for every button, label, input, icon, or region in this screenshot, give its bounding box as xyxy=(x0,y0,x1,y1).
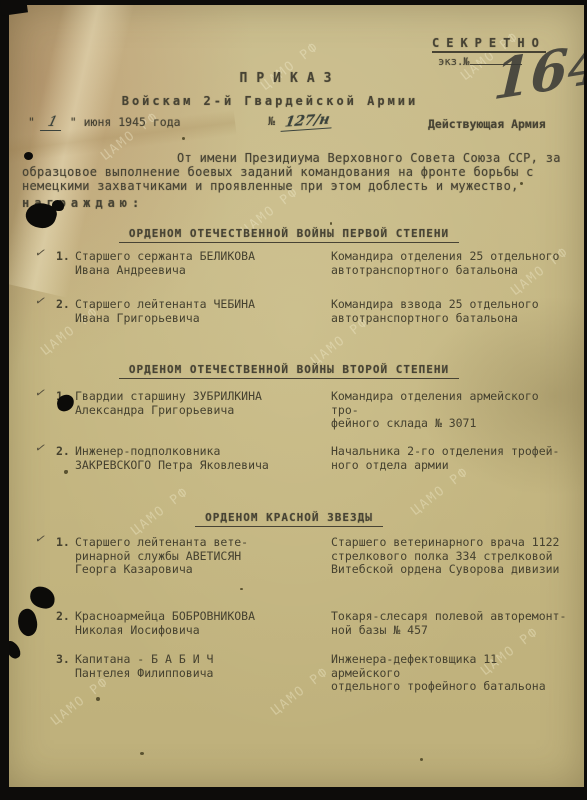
award-item: 2.Красноармейца БОБРОВНИКОВА Николая Иос… xyxy=(56,610,571,637)
section-heading: ОРДЕНОМ КРАСНОЙ ЗВЕЗДЫ xyxy=(0,506,578,525)
handwritten-order-number: 127/н xyxy=(280,111,333,132)
award-item: ✓ 2.Старшего лейтенанта ЧЕБИНА Ивана Гри… xyxy=(56,298,571,325)
copy-number-label: экз.№ xyxy=(438,56,470,68)
award-item: ✓ 1.Старшего лейтенанта вете- ринарной с… xyxy=(56,536,571,577)
date-text: июня 1945 года xyxy=(84,115,181,129)
item-number: 2. xyxy=(56,610,75,624)
awardee-position: Токаря-слесаря полевой авторемонт- ной б… xyxy=(331,610,573,637)
paper-speck xyxy=(240,588,243,590)
paper-hole xyxy=(24,152,33,160)
handwritten-day: 1 xyxy=(40,114,65,131)
scan-edge-left xyxy=(0,0,9,800)
awardee-name: Красноармейца БОБРОВНИКОВА Николая Иосиф… xyxy=(75,610,325,637)
scanned-order-page: ЦАМО РФ ЦАМО РФ ЦАМО РФ ЦАМО РФ ЦАМО РФ … xyxy=(0,0,587,800)
preamble-line: образцовое выполнение боевых заданий ком… xyxy=(22,165,534,180)
award-item: ✓ 2.Инженер-подполковника ЗАКРЕВСКОГО Пе… xyxy=(56,445,571,472)
paper-speck xyxy=(420,758,423,761)
preamble-line: немецкими захватчиками и проявленные при… xyxy=(22,179,519,194)
award-item: ✓ 1.Старшего сержанта БЕЛИКОВА Ивана Анд… xyxy=(56,250,571,277)
awardee-name: Гвардии старшину ЗУБРИЛКИНА Александра Г… xyxy=(75,390,325,417)
awardee-name: Старшего лейтенанта ЧЕБИНА Ивана Григорь… xyxy=(75,298,325,325)
paper-speck xyxy=(330,222,332,225)
award-item: ✓ 1.Гвардии старшину ЗУБРИЛКИНА Александ… xyxy=(56,390,571,417)
paper-speck xyxy=(182,137,185,140)
page-title: ПРИКАЗ xyxy=(150,71,430,86)
awardee-name: Старшего сержанта БЕЛИКОВА Ивана Андреев… xyxy=(75,250,325,277)
item-number: 1. xyxy=(56,536,75,550)
archive-watermark: ЦАМО РФ xyxy=(49,674,112,728)
preamble-line: От имени Президиума Верховного Совета Со… xyxy=(22,151,561,166)
item-number: 2. xyxy=(56,445,75,459)
awardee-position: Командира взвода 25 отдельного автотранс… xyxy=(331,298,573,325)
date-open-quote: " xyxy=(28,115,35,129)
awardee-name: Капитана - Б А Б И Ч Пантелея Филиппович… xyxy=(75,653,325,680)
section-heading-text: ОРДЕНОМ ОТЕЧЕСТВЕННОЙ ВОЙНЫ ПЕРВОЙ СТЕПЕ… xyxy=(119,227,459,243)
section-heading-text: ОРДЕНОМ ОТЕЧЕСТВЕННОЙ ВОЙНЫ ВТОРОЙ СТЕПЕ… xyxy=(119,363,459,379)
paper-speck xyxy=(96,697,100,701)
active-army-status: Действующая Армия xyxy=(428,117,546,131)
paper-speck xyxy=(520,182,523,185)
awardee-position: Командира отделения 25 отдельного автотр… xyxy=(331,250,573,277)
number-sign: № xyxy=(268,114,275,128)
awardee-name: Старшего лейтенанта вете- ринарной служб… xyxy=(75,536,325,577)
item-number: 2. xyxy=(56,298,75,312)
awardee-position: Начальника 2-го отделения трофей- ного о… xyxy=(331,445,573,472)
awardee-position: Старшего ветеринарного врача 1122 стрелк… xyxy=(331,536,573,577)
paper-speck xyxy=(140,752,144,755)
awardee-position: Инженера-дефектовщика 11 армейского отде… xyxy=(331,653,573,694)
paper-hole xyxy=(52,200,64,211)
scan-edge-top xyxy=(0,0,587,5)
item-number: 1. xyxy=(56,250,75,264)
section-heading: ОРДЕНОМ ОТЕЧЕСТВЕННОЙ ВОЙНЫ ПЕРВОЙ СТЕПЕ… xyxy=(0,222,578,241)
date-line: " 1 " июня 1945 года xyxy=(28,114,181,131)
section-heading-text: ОРДЕНОМ КРАСНОЙ ЗВЕЗДЫ xyxy=(195,511,383,527)
scan-edge-bottom xyxy=(0,787,587,800)
order-number: № 127/н xyxy=(268,113,332,130)
award-item: 3.Капитана - Б А Б И Ч Пантелея Филиппов… xyxy=(56,653,571,680)
section-heading: ОРДЕНОМ ОТЕЧЕСТВЕННОЙ ВОЙНЫ ВТОРОЙ СТЕПЕ… xyxy=(0,358,578,377)
date-close-quote: " xyxy=(70,115,77,129)
item-number: 3. xyxy=(56,653,75,667)
army-line: Войскам 2-й Гвардейской Армии xyxy=(80,94,460,108)
awardee-position: Командира отделения армейского тро- фейн… xyxy=(331,390,573,431)
awardee-name: Инженер-подполковника ЗАКРЕВСКОГО Петра … xyxy=(75,445,325,472)
handwritten-copy-number: 164 xyxy=(492,37,587,106)
